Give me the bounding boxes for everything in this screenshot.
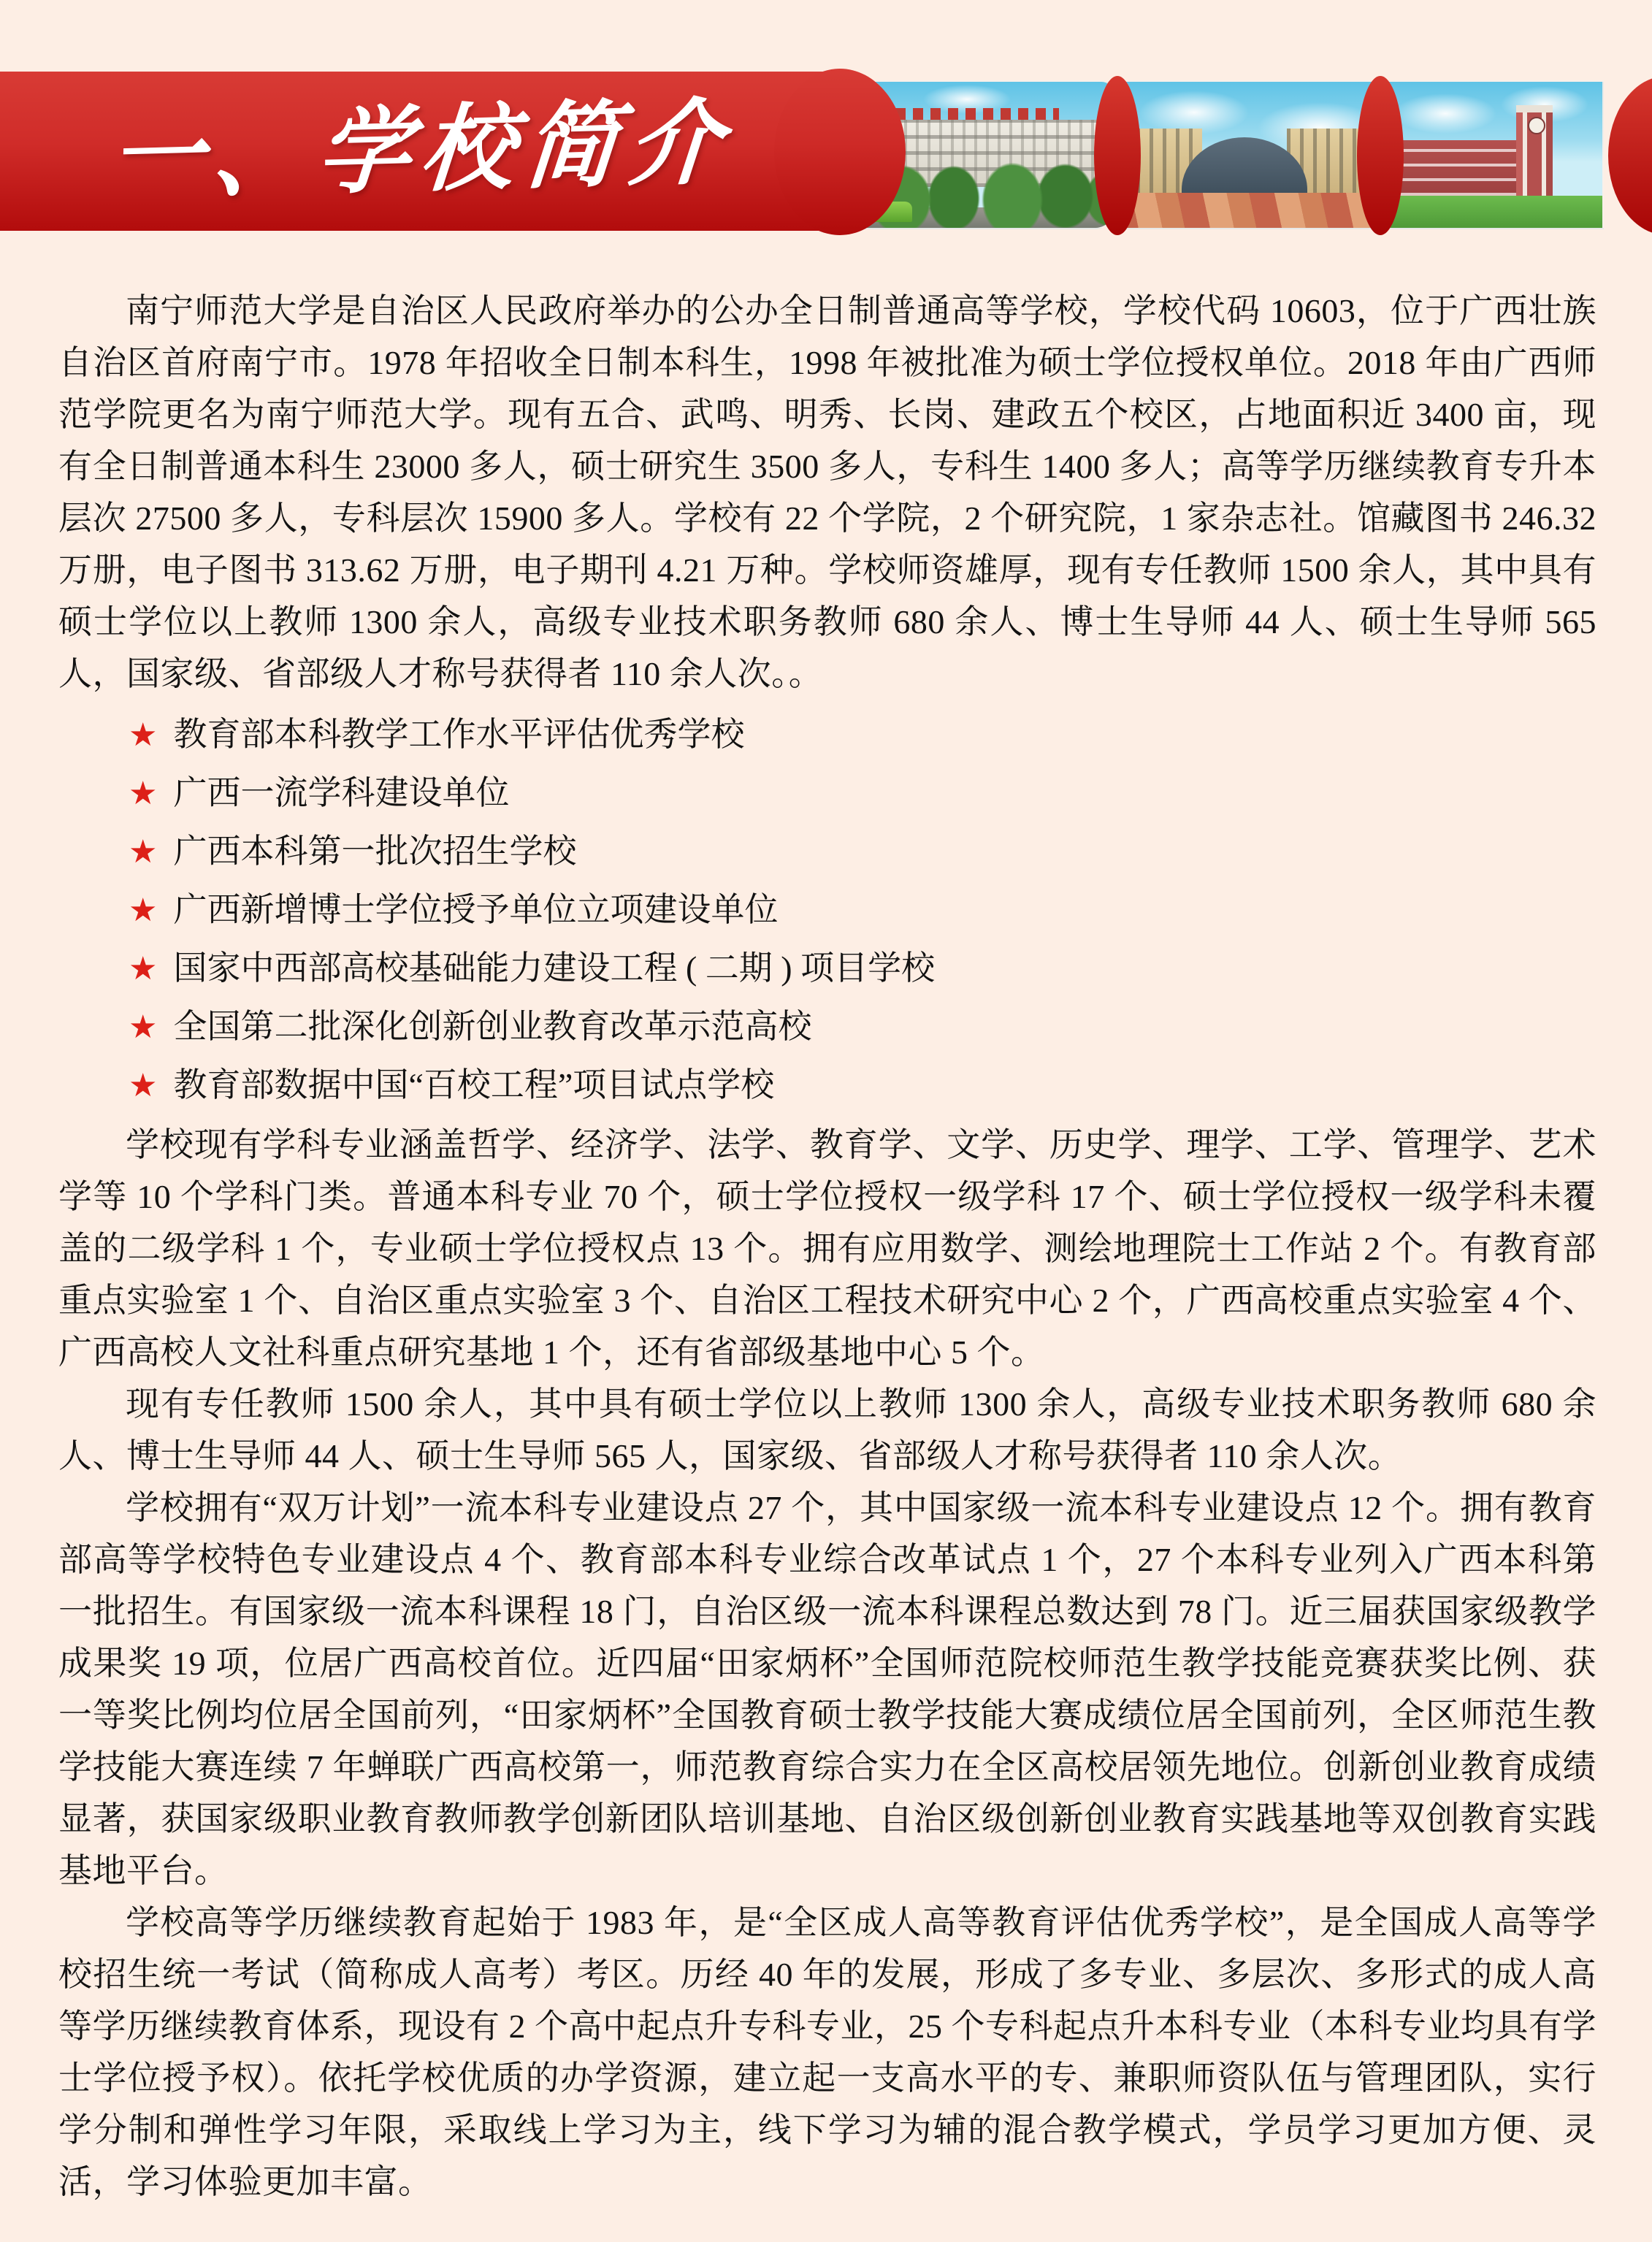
- star-icon: ★: [129, 892, 157, 928]
- rooftop-sign: [895, 108, 1058, 120]
- highlight-label: 广西新增博士学位授予单位立项建设单位: [173, 891, 778, 928]
- cloud-shape: [1394, 93, 1496, 134]
- list-item: ★全国第二批深化创新创业教育改革示范高校: [58, 998, 1596, 1056]
- page-title: 一、学校简介: [104, 76, 772, 225]
- list-item: ★教育部数据中国“百校工程”项目试点学校: [58, 1056, 1596, 1114]
- highlight-label: 全国第二批深化创新创业教育改革示范高校: [173, 1008, 811, 1045]
- list-item: ★国家中西部高校基础能力建设工程 ( 二期 ) 项目学校: [58, 939, 1596, 998]
- list-item: ★广西本科第一批次招生学校: [58, 822, 1596, 881]
- star-icon: ★: [129, 834, 157, 870]
- campus-photo-clock-tower: [1374, 80, 1604, 229]
- paragraph-faculty: 现有专任教师 1500 余人，其中具有硕士学位以上教师 1300 余人，高级专业…: [58, 1378, 1596, 1482]
- list-item: ★广西新增博士学位授予单位立项建设单位: [58, 881, 1596, 939]
- red-ribbon-right-cap: [1608, 76, 1652, 235]
- introduction-text: 南宁师范大学是自治区人民政府举办的公办全日制普通高等学校，学校代码 10603，…: [58, 285, 1596, 2208]
- star-icon: ★: [129, 776, 157, 811]
- red-ribbon-divider: [1094, 76, 1141, 235]
- paragraph-programs: 学校拥有“双万计划”一流本科专业建设点 27 个，其中国家级一流本科专业建设点 …: [58, 1482, 1596, 1897]
- campus-photo-strip: [840, 80, 1623, 229]
- list-item: ★教育部本科教学工作水平评估优秀学校: [58, 705, 1596, 764]
- highlight-label: 教育部数据中国“百校工程”项目试点学校: [173, 1066, 774, 1103]
- highlight-label: 国家中西部高校基础能力建设工程 ( 二期 ) 项目学校: [173, 949, 935, 987]
- red-banner-curved-edge: [774, 69, 906, 235]
- star-icon: ★: [129, 1068, 157, 1103]
- cloud-shape: [1139, 91, 1249, 134]
- red-ribbon-divider: [1357, 76, 1404, 235]
- highlight-label: 教育部本科教学工作水平评估优秀学校: [173, 716, 744, 753]
- campus-photo-modern-building: [1112, 80, 1377, 229]
- brochure-page: 一、学校简介 南宁师范大学是自治区人民政府举办的公办全日制普通高等学校，学校代码…: [0, 0, 1652, 2242]
- star-icon: ★: [129, 951, 157, 987]
- section-header-banner: 一、学校简介: [0, 72, 1652, 231]
- star-icon: ★: [129, 1009, 157, 1045]
- highlight-label: 广西本科第一批次招生学校: [173, 833, 576, 870]
- paragraph-disciplines: 学校现有学科专业涵盖哲学、经济学、法学、教育学、文学、历史学、理学、工学、管理学…: [58, 1119, 1596, 1378]
- lawn: [1376, 196, 1602, 228]
- striped-plaza: [1113, 193, 1376, 228]
- highlight-label: 广西一流学科建设单位: [173, 774, 509, 811]
- paragraph-overview: 南宁师范大学是自治区人民政府举办的公办全日制普通高等学校，学校代码 10603，…: [58, 285, 1596, 700]
- paragraph-continuing-education: 学校高等学历继续教育起始于 1983 年，是“全区成人高等教育评估优秀学校”，是…: [58, 1897, 1596, 2208]
- clock-face: [1528, 117, 1545, 134]
- star-icon: ★: [129, 717, 157, 753]
- list-item: ★广西一流学科建设单位: [58, 764, 1596, 822]
- honor-list: ★教育部本科教学工作水平评估优秀学校 ★广西一流学科建设单位 ★广西本科第一批次…: [58, 705, 1596, 1114]
